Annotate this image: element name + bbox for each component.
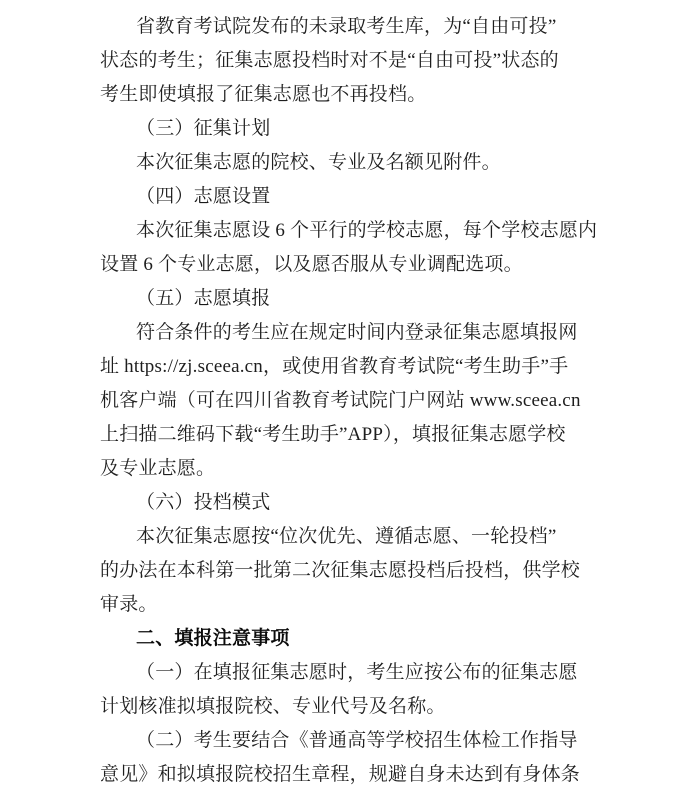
body-text-line: 符合条件的考生应在规定时间内登录征集志愿填报网 [100,316,600,350]
body-text-line: 本次征集志愿按“位次优先、遵循志愿、一轮投档” [100,520,600,554]
body-text-line: 址 https://zj.sceea.cn，或使用省教育考试院“考生助手”手 [100,350,600,384]
body-text-line: 省教育考试院发布的未录取考生库，为“自由可投” [100,10,600,44]
section-subheading: （四）志愿设置 [100,180,600,214]
body-text-line: 的办法在本科第一批第二次征集志愿投档后投档，供学校 [100,554,600,588]
body-text-line: 及专业志愿。 [100,452,600,486]
body-text-line: 本次征集志愿的院校、专业及名额见附件。 [100,146,600,180]
section-subheading: （六）投档模式 [100,486,600,520]
body-text-line: 本次征集志愿设 6 个平行的学校志愿，每个学校志愿内 [100,214,600,248]
section-heading: 二、填报注意事项 [100,622,600,656]
body-text-line: 考生即使填报了征集志愿也不再投档。 [100,78,600,112]
document-page: 省教育考试院发布的未录取考生库，为“自由可投”状态的考生；征集志愿投档时对不是“… [0,0,680,798]
section-subheading: （三）征集计划 [100,112,600,146]
body-text-line: （一）在填报征集志愿时，考生应按公布的征集志愿 [100,656,600,690]
body-text-line: 审录。 [100,588,600,622]
body-text-line: 设置 6 个专业志愿，以及愿否服从专业调配选项。 [100,248,600,282]
body-text-line: 意见》和拟填报院校招生章程，规避自身未达到有身体条 [100,758,600,792]
body-text-line: （二）考生要结合《普通高等学校招生体检工作指导 [100,724,600,758]
section-subheading: （五）志愿填报 [100,282,600,316]
body-text-line: 机客户端（可在四川省教育考试院门户网站 www.sceea.cn [100,384,600,418]
body-text-line: 计划核准拟填报院校、专业代号及名称。 [100,690,600,724]
body-text-line: 状态的考生；征集志愿投档时对不是“自由可投”状态的 [100,44,600,78]
body-text-line: 上扫描二维码下载“考生助手”APP），填报征集志愿学校 [100,418,600,452]
document-content: 省教育考试院发布的未录取考生库，为“自由可投”状态的考生；征集志愿投档时对不是“… [100,10,600,792]
